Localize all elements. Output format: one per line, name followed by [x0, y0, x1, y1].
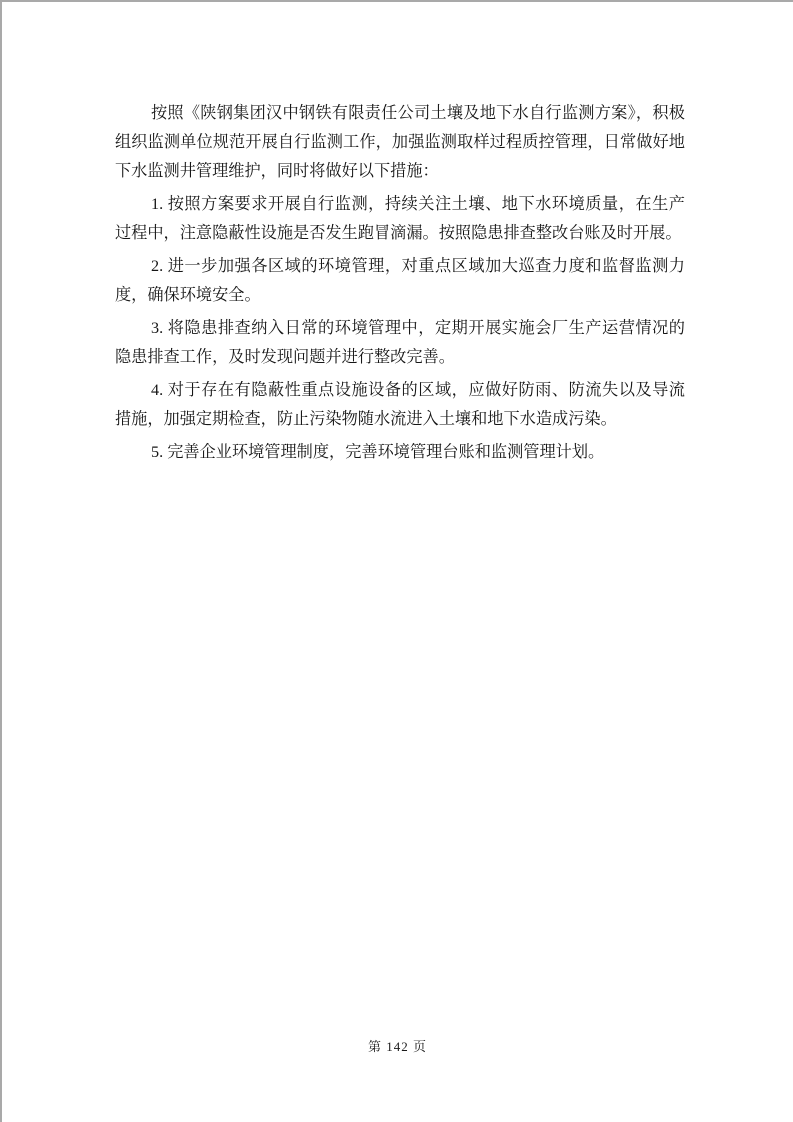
page-number: 第 142 页 [368, 1039, 427, 1054]
paragraph-item-4: 4. 对于存在有隐蔽性重点设施设备的区域，应做好防雨、防流失以及导流措施，加强定… [115, 376, 685, 434]
paragraph-item-1: 1. 按照方案要求开展自行监测，持续关注土壤、地下水环境质量，在生产过程中，注意… [115, 190, 685, 248]
paragraph-item-3: 3. 将隐患排查纳入日常的环境管理中，定期开展实施会厂生产运营情况的隐患排查工作… [115, 314, 685, 372]
document-body: 按照《陕钢集团汉中钢铁有限责任公司土壤及地下水自行监测方案》，积极组织监测单位规… [115, 99, 685, 467]
paragraph-intro: 按照《陕钢集团汉中钢铁有限责任公司土壤及地下水自行监测方案》，积极组织监测单位规… [115, 99, 685, 187]
document-page: 按照《陕钢集团汉中钢铁有限责任公司土壤及地下水自行监测方案》，积极组织监测单位规… [0, 0, 793, 1122]
page-footer: 第 142 页 [2, 1036, 793, 1056]
paragraph-item-2: 2. 进一步加强各区域的环境管理，对重点区域加大巡查力度和监督监测力度，确保环境… [115, 252, 685, 310]
paragraph-item-5: 5. 完善企业环境管理制度，完善环境管理台账和监测管理计划。 [115, 438, 685, 467]
